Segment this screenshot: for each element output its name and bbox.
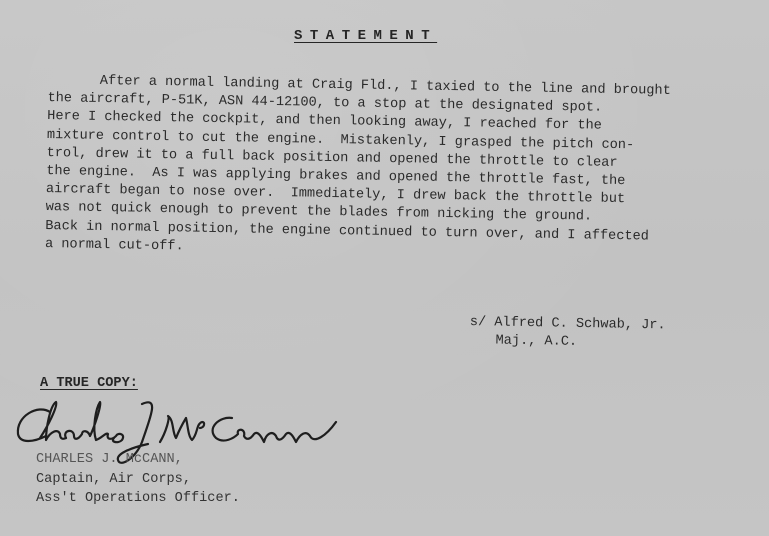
officer-position: Ass't Operations Officer. xyxy=(36,489,240,509)
document-page: STATEMENT After a normal landing at Crai… xyxy=(0,0,769,536)
document-title: STATEMENT xyxy=(294,28,437,44)
officer-name: CHARLES J. McCANN, xyxy=(36,450,240,470)
signatory-block: s/ Alfred C. Schwab, Jr. Maj., A.C. xyxy=(469,314,665,353)
signatory-rank: Maj., A.C. xyxy=(469,332,665,353)
officer-rank: Captain, Air Corps, xyxy=(36,470,240,490)
true-copy-label: A TRUE COPY: xyxy=(40,376,138,391)
certifying-officer-block: CHARLES J. McCANN, Captain, Air Corps, A… xyxy=(36,450,240,509)
statement-paragraph: After a normal landing at Craig Fld., I … xyxy=(45,72,748,266)
